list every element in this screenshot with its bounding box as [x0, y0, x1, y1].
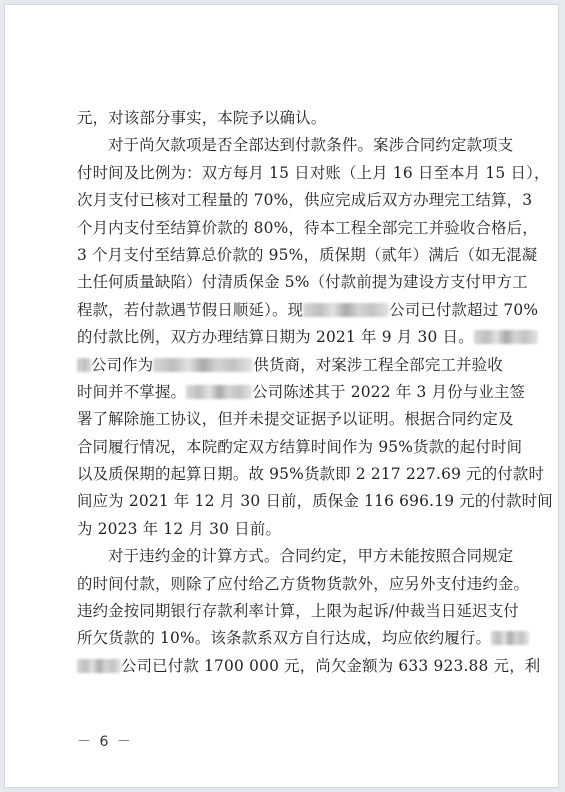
text-segment: 供货商，对案涉工程全部完工并验收: [253, 356, 502, 374]
text-segment: 元，对该部分事实，本院予以确认。: [77, 109, 326, 127]
redacted-product-name: [153, 358, 253, 372]
text-segment: 的付款比例，双方办理结算日期为 2021 年 9 月 30 日。: [77, 328, 474, 346]
text-line: 署了解除施工协议，但并未提交证据予以证明。根据合同约定及: [77, 406, 495, 433]
text-line: 违约金按同期银行存款利率计算，上限为起诉/仲裁当日延迟支付: [77, 598, 495, 625]
text-line: 土任何质量缺陷）付清质保金 5%（付款前提为建设方支付甲方工: [77, 269, 495, 296]
text-line: 合同履行情况，本院酌定双方结算时间作为 95%货款的起付时间: [77, 434, 495, 461]
paragraph-end-line: 为 2023 年 12 月 30 日前。: [77, 516, 495, 543]
text-segment: 间应为 2021 年 12 月 30 日前，质保金 116 696.19 元的付…: [77, 492, 553, 510]
text-line: 所欠货款的 10%。该条款系双方自行达成，均应依约履行。: [77, 625, 495, 652]
text-segment: 付时间及比例为：双方每月 15 日对账（上月 16 日至本月 15 日），: [77, 164, 550, 182]
text-line: 元，对该部分事实，本院予以确认。: [77, 105, 495, 132]
text-segment: 次月支付已核对工程量的 70%，供应完成后双方办理完工结算，3: [77, 191, 532, 209]
text-segment: 的时间付款，则除了应付给乙方货物货款外，应另外支付违约金。: [77, 575, 529, 593]
text-segment: 对于尚欠款项是否全部达到付款条件。案涉合同约定款项支: [108, 136, 513, 154]
text-segment: 个月内支付至结算价款的 80%，待本工程全部完工并验收合格后，: [77, 219, 538, 237]
redacted-company-name: [303, 303, 389, 317]
paragraph-start-line: 对于尚欠款项是否全部达到付款条件。案涉合同约定款项支: [77, 132, 495, 159]
text-segment: 为 2023 年 12 月 30 日前。: [77, 520, 281, 538]
text-line: 程款，若付款遇节假日顺延）。现公司已付款超过 70%: [77, 297, 495, 324]
redacted-company-name: [77, 659, 121, 673]
text-line: 时间并不掌握。公司陈述其于 2022 年 3 月份与业主签: [77, 379, 495, 406]
text-segment: 公司陈述其于 2022 年 3 月份与业主签: [252, 383, 525, 401]
text-segment: 3 个月支付至结算总价款的 95%，质保期（贰年）满后（如无混凝: [77, 246, 537, 264]
text-segment: 署了解除施工协议，但并未提交证据予以证明。根据合同约定及: [77, 410, 514, 428]
text-segment: 时间并不掌握。: [77, 383, 186, 401]
document-body: 元，对该部分事实，本院予以确认。 对于尚欠款项是否全部达到付款条件。案涉合同约定…: [77, 105, 495, 680]
text-line: 的时间付款，则除了应付给乙方货物货款外，应另外支付违约金。: [77, 571, 495, 598]
text-segment: 公司已付款超过 70%: [389, 301, 538, 319]
text-segment: 程款，若付款遇节假日顺延）。现: [77, 301, 303, 319]
page-number: － 6 －: [77, 731, 133, 751]
text-line: 3 个月支付至结算总价款的 95%，质保期（贰年）满后（如无混凝: [77, 242, 495, 269]
redacted-company-name: [491, 631, 529, 645]
text-segment: 公司已付款 1700 000 元，尚欠金额为 633 923.88 元，利: [121, 657, 540, 675]
text-segment: 所欠货款的 10%。该条款系双方自行达成，均应依约履行。: [77, 629, 491, 647]
text-line: 次月支付已核对工程量的 70%，供应完成后双方办理完工结算，3: [77, 187, 495, 214]
document-page: 元，对该部分事实，本院予以确认。 对于尚欠款项是否全部达到付款条件。案涉合同约定…: [4, 4, 559, 788]
redacted-company-name: [77, 358, 91, 372]
text-line: 个月内支付至结算价款的 80%，待本工程全部完工并验收合格后，: [77, 215, 495, 242]
text-segment: 合同履行情况，本院酌定双方结算时间作为 95%货款的起付时间: [77, 438, 522, 456]
text-line: 公司作为供货商，对案涉工程全部完工并验收: [77, 352, 495, 379]
paragraph-start-line: 对于违约金的计算方式。合同约定，甲方未能按照合同规定: [77, 543, 495, 570]
text-line: 间应为 2021 年 12 月 30 日前，质保金 116 696.19 元的付…: [77, 488, 495, 515]
redacted-company-name: [474, 330, 538, 344]
text-segment: 对于违约金的计算方式。合同约定，甲方未能按照合同规定: [108, 547, 513, 565]
text-line: 付时间及比例为：双方每月 15 日对账（上月 16 日至本月 15 日），: [77, 160, 495, 187]
text-segment: 违约金按同期银行存款利率计算，上限为起诉/仲裁当日延迟支付: [77, 602, 519, 620]
text-line: 公司已付款 1700 000 元，尚欠金额为 633 923.88 元，利: [77, 653, 495, 680]
redacted-company-name: [186, 385, 252, 399]
text-line: 的付款比例，双方办理结算日期为 2021 年 9 月 30 日。: [77, 324, 495, 351]
text-segment: 以及质保期的起算日期。故 95%货款即 2 217 227.69 元的付款时: [77, 465, 544, 483]
text-segment: 土任何质量缺陷）付清质保金 5%（付款前提为建设方支付甲方工: [77, 273, 528, 291]
text-line: 以及质保期的起算日期。故 95%货款即 2 217 227.69 元的付款时: [77, 461, 495, 488]
text-segment: 公司作为: [91, 356, 153, 374]
